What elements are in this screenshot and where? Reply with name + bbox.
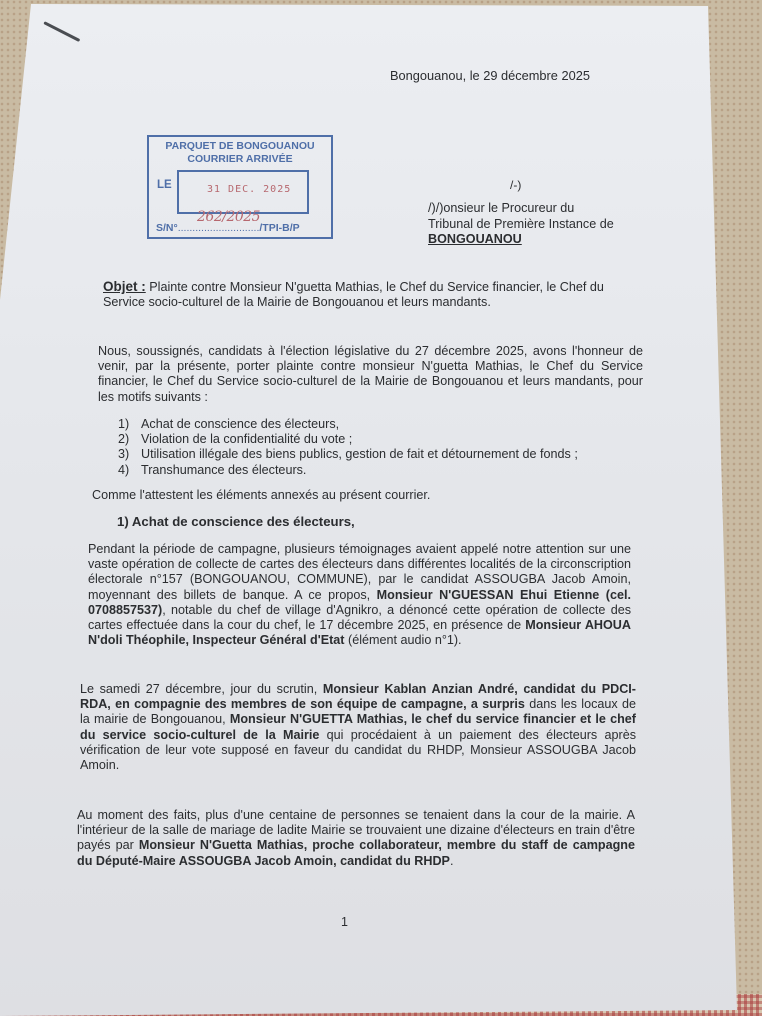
stamp-serial: S/N°............................/TPI-B/P bbox=[156, 222, 300, 234]
list-item: 3)Utilisation illégale des biens publics… bbox=[118, 447, 658, 462]
stamp-received-date: 31 DEC. 2025 bbox=[207, 184, 291, 195]
list-item: 4)Transhumance des électeurs. bbox=[118, 463, 658, 478]
stamp-date-box: 31 DEC. 2025 bbox=[177, 170, 309, 214]
recipient-mark: /-) bbox=[510, 178, 521, 193]
paragraph-facts: Au moment des faits, plus d'une centaine… bbox=[77, 808, 635, 869]
attest-line: Comme l'attestent les éléments annexés a… bbox=[92, 488, 430, 503]
section-1-title: 1) Achat de conscience des électeurs, bbox=[117, 514, 355, 529]
stamp-office: PARQUET DE BONGOUANOU bbox=[149, 140, 331, 152]
recipient-address: /)/)onsieur le Procureur du Tribunal de … bbox=[428, 201, 614, 248]
page-number: 1 bbox=[341, 915, 348, 930]
place-date: Bongouanou, le 29 décembre 2025 bbox=[390, 68, 590, 83]
received-stamp: PARQUET DE BONGOUANOU COURRIER ARRIVÉE L… bbox=[147, 135, 333, 239]
subject-line: Objet : Plainte contre Monsieur N'guetta… bbox=[103, 279, 643, 310]
stamp-le-label: LE bbox=[157, 179, 172, 191]
paragraph-election-day: Le samedi 27 décembre, jour du scrutin, … bbox=[80, 682, 636, 773]
motifs-list: 1)Achat de conscience des électeurs, 2)V… bbox=[118, 417, 658, 478]
intro-paragraph: Nous, soussignés, candidats à l'élection… bbox=[98, 344, 643, 405]
subject-label: Objet : bbox=[103, 279, 146, 294]
list-item: 2)Violation de la confidentialité du vot… bbox=[118, 432, 658, 447]
stamp-type: COURRIER ARRIVÉE bbox=[149, 153, 331, 165]
recipient-city: BONGOUANOU bbox=[428, 232, 614, 248]
paragraph-campaign: Pendant la période de campagne, plusieur… bbox=[88, 542, 631, 648]
letter-page: Bongouanou, le 29 décembre 2025 PARQUET … bbox=[0, 0, 762, 1016]
list-item: 1)Achat de conscience des électeurs, bbox=[118, 417, 658, 432]
staple-icon bbox=[43, 21, 80, 42]
